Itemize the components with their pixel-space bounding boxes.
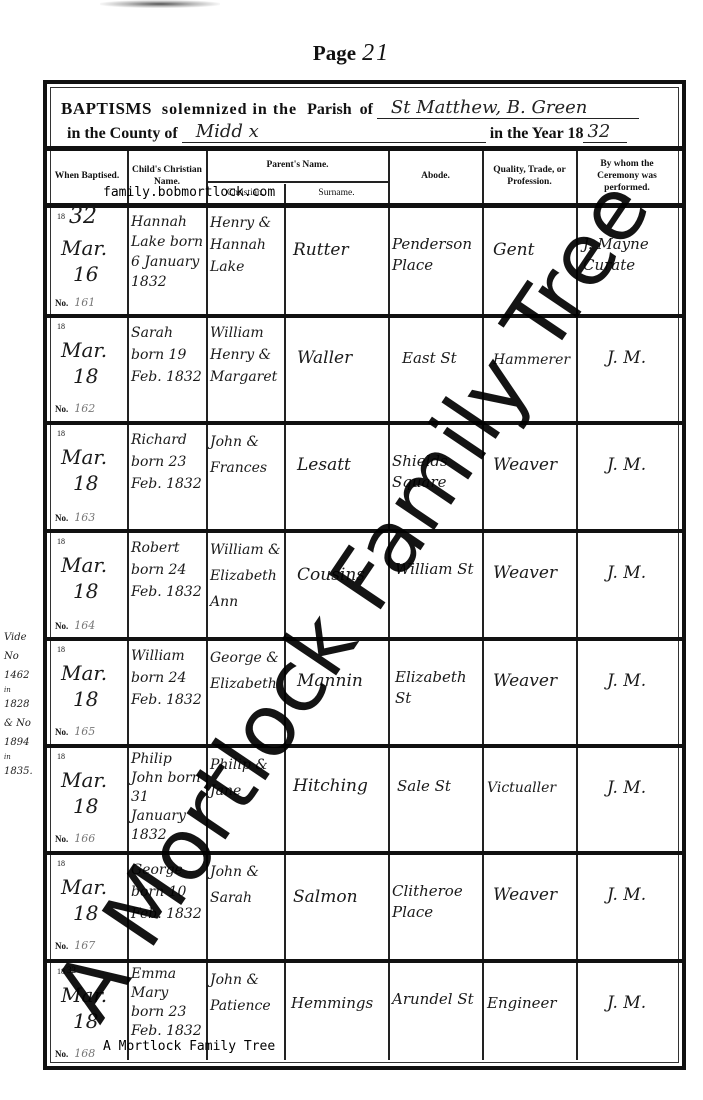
trade: Weaver (493, 455, 557, 476)
abode: William St (395, 559, 479, 580)
record-month: Mar. (61, 447, 107, 468)
year-prefix: 18 (57, 967, 65, 976)
year-field: 32 (583, 122, 627, 143)
year-prefix: 18 (57, 752, 65, 761)
trade: Weaver (493, 563, 557, 584)
no-value: 167 (74, 939, 95, 952)
record-row: 18 Mar. 18 No.165 William born 24 Feb. 1… (47, 641, 682, 744)
margin-note: Vide No 1462 in 1828 & No 1894 in 1835. (4, 628, 42, 781)
record-year: 32 (69, 206, 97, 227)
officiant: J. M. (607, 671, 646, 692)
parents-christian: Henry & Hannah Lake (210, 212, 282, 278)
trade: Hammerer (493, 350, 570, 371)
surname: Waller (297, 348, 352, 369)
surname: Cousins (297, 565, 365, 586)
child-name: Robert born 24 Feb. 1832 (131, 537, 205, 603)
margin-note-line: 1828 (4, 695, 42, 714)
register-frame: BAPTISMS solemnized in the Parish of St … (43, 80, 686, 1070)
year-prefix: 18 (57, 645, 65, 654)
no-label: No. (55, 621, 68, 631)
record-number: No.166 (55, 832, 95, 845)
child-name: George born 10 Feb. 1832 (131, 859, 205, 925)
year-prefix: 18 (57, 429, 65, 438)
record-number: No.164 (55, 619, 95, 632)
no-label: No. (55, 404, 68, 414)
record-day: 18 (73, 1011, 98, 1032)
page-number: 21 (362, 40, 390, 66)
col-header-abode: Abode. (389, 150, 482, 202)
trade: Victualler (487, 778, 556, 799)
no-value: 163 (74, 511, 95, 524)
child-name: Hannah Lake born 6 January 1832 (131, 212, 205, 292)
abode: Elizabeth St (395, 667, 479, 709)
heading-year-label: in the Year 18 (490, 125, 584, 142)
child-name: Richard born 23 Feb. 1832 (131, 429, 205, 495)
parish-field: St Matthew, B. Green (377, 98, 639, 119)
watermark-site-url: family.bobmortlock.com (103, 185, 275, 200)
margin-note-line: & No (4, 714, 42, 733)
year-prefix: 18 (57, 212, 65, 221)
record-day: 18 (73, 473, 98, 494)
heading-parish-word: Parish (307, 101, 351, 118)
page-label: Page (313, 41, 356, 65)
record-day: 18 (73, 689, 98, 710)
heading-line-2: in the County of Midd x in the Year 1832 (67, 122, 676, 144)
record-number: No.162 (55, 402, 95, 415)
page-title: Page21 (0, 40, 703, 67)
heading-of: of (360, 101, 373, 118)
record-day: 18 (73, 366, 98, 387)
record-row: 18 Mar. 18 No.167 George born 10 Feb. 18… (47, 855, 682, 959)
record-month: Mar. (61, 770, 107, 791)
no-value: 165 (74, 725, 95, 738)
record-year: 32 (67, 965, 76, 975)
abode: Arundel St (392, 989, 480, 1010)
heading-county-label: in the County of (67, 125, 178, 142)
surname: Salmon (293, 887, 358, 908)
abode: Penderson Place (392, 234, 480, 276)
record-month: Mar. (61, 663, 107, 684)
abode: Shields Square (392, 451, 480, 493)
trade: Weaver (493, 885, 557, 906)
record-month: Mar. (61, 877, 107, 898)
surname: Rutter (293, 240, 349, 261)
officiant: J. M. (607, 885, 646, 906)
parents-christian: George & Elizabeth (210, 645, 282, 697)
no-label: No. (55, 513, 68, 523)
officiant: J. Mayne Curate (583, 234, 675, 276)
child-name: Sarah born 19 Feb. 1832 (131, 322, 205, 388)
abode: Sale St (397, 776, 477, 797)
heading-baptisms: BAPTISMS (61, 99, 152, 118)
no-value: 166 (74, 832, 95, 845)
year-prefix: 18 (57, 322, 65, 331)
surname: Hemmings (291, 993, 373, 1014)
margin-note-line: Vide (4, 628, 42, 647)
record-day: 18 (73, 581, 98, 602)
child-name: Emma Mary born 23 Feb. 1832 (131, 965, 205, 1041)
parents-christian: John & Patience (210, 967, 282, 1019)
no-value: 168 (74, 1047, 95, 1060)
officiant: J. M. (607, 778, 646, 799)
register-heading: BAPTISMS solemnized in the Parish of St … (57, 92, 676, 147)
parents-christian: William & Elizabeth Ann (210, 537, 282, 615)
heading-line-1: BAPTISMS solemnized in the Parish of St … (61, 98, 676, 120)
record-month: Mar. (61, 985, 107, 1006)
no-value: 164 (74, 619, 95, 632)
officiant: J. M. (607, 348, 646, 369)
surname: Hitching (293, 776, 368, 797)
heading-solemnized: solemnized in the (162, 101, 297, 118)
margin-note-line: in (4, 752, 42, 762)
parents-christian: John & Sarah (210, 859, 282, 911)
record-row: 18 Mar. 18 No.164 Robert born 24 Feb. 18… (47, 533, 682, 638)
officiant: J. M. (607, 563, 646, 584)
trade: Gent (493, 240, 534, 261)
col-header-surname: Surname. (285, 182, 388, 204)
officiant: J. M. (607, 993, 646, 1014)
record-row: 18 Mar. 18 No.166 Philip John born 31 Ja… (47, 748, 682, 851)
year-prefix: 18 (57, 537, 65, 546)
record-row: 18 32 Mar. 16 No.161 Hannah Lake born 6 … (47, 208, 682, 313)
scan-edge-shadow (100, 0, 220, 8)
abode: Clitheroe Place (392, 881, 480, 923)
col-header-by-whom: By whom the Ceremony was performed. (577, 150, 677, 202)
margin-note-line: No (4, 647, 42, 666)
no-label: No. (55, 941, 68, 951)
parents-christian: John & Frances (210, 429, 282, 481)
year-prefix: 18 (57, 859, 65, 868)
record-month: Mar. (61, 555, 107, 576)
record-number: No.165 (55, 725, 95, 738)
parents-christian: William Henry & Margaret (210, 322, 282, 388)
record-month: Mar. (61, 238, 107, 259)
margin-note-line: 1894 (4, 733, 42, 752)
county-field: Midd x (182, 122, 486, 143)
record-month: Mar. (61, 340, 107, 361)
record-row: 18 Mar. 18 No.162 Sarah born 19 Feb. 183… (47, 318, 682, 421)
no-label: No. (55, 298, 68, 308)
col-header-trade: Quality, Trade, or Profession. (483, 150, 576, 202)
abode: East St (402, 348, 472, 369)
trade: Engineer (487, 993, 557, 1014)
surname: Lesatt (297, 455, 351, 476)
record-number: No.161 (55, 296, 95, 309)
trade: Weaver (493, 671, 557, 692)
no-value: 161 (74, 296, 95, 309)
record-day: 16 (73, 264, 98, 285)
margin-note-line: in (4, 685, 42, 695)
record-number: No.163 (55, 511, 95, 524)
child-name: William born 24 Feb. 1832 (131, 645, 205, 711)
record-row: 18 Mar. 18 No.163 Richard born 23 Feb. 1… (47, 425, 682, 530)
watermark-family-tree: A Mortlock Family Tree (103, 1039, 275, 1054)
col-header-parents: Parent's Name. (207, 150, 388, 180)
child-name: Philip John born 31 January 1832 (131, 750, 205, 845)
record-day: 18 (73, 796, 98, 817)
margin-note-line: 1462 (4, 666, 42, 685)
parents-christian: Philip & Jane (210, 752, 282, 804)
no-label: No. (55, 1049, 68, 1059)
officiant: J. M. (607, 455, 646, 476)
margin-note-line: 1835. (4, 762, 42, 781)
no-value: 162 (74, 402, 95, 415)
surname: Mannin (297, 671, 363, 692)
no-label: No. (55, 834, 68, 844)
record-day: 18 (73, 903, 98, 924)
record-number: No.167 (55, 939, 95, 952)
record-number: No.168 (55, 1047, 95, 1060)
no-label: No. (55, 727, 68, 737)
